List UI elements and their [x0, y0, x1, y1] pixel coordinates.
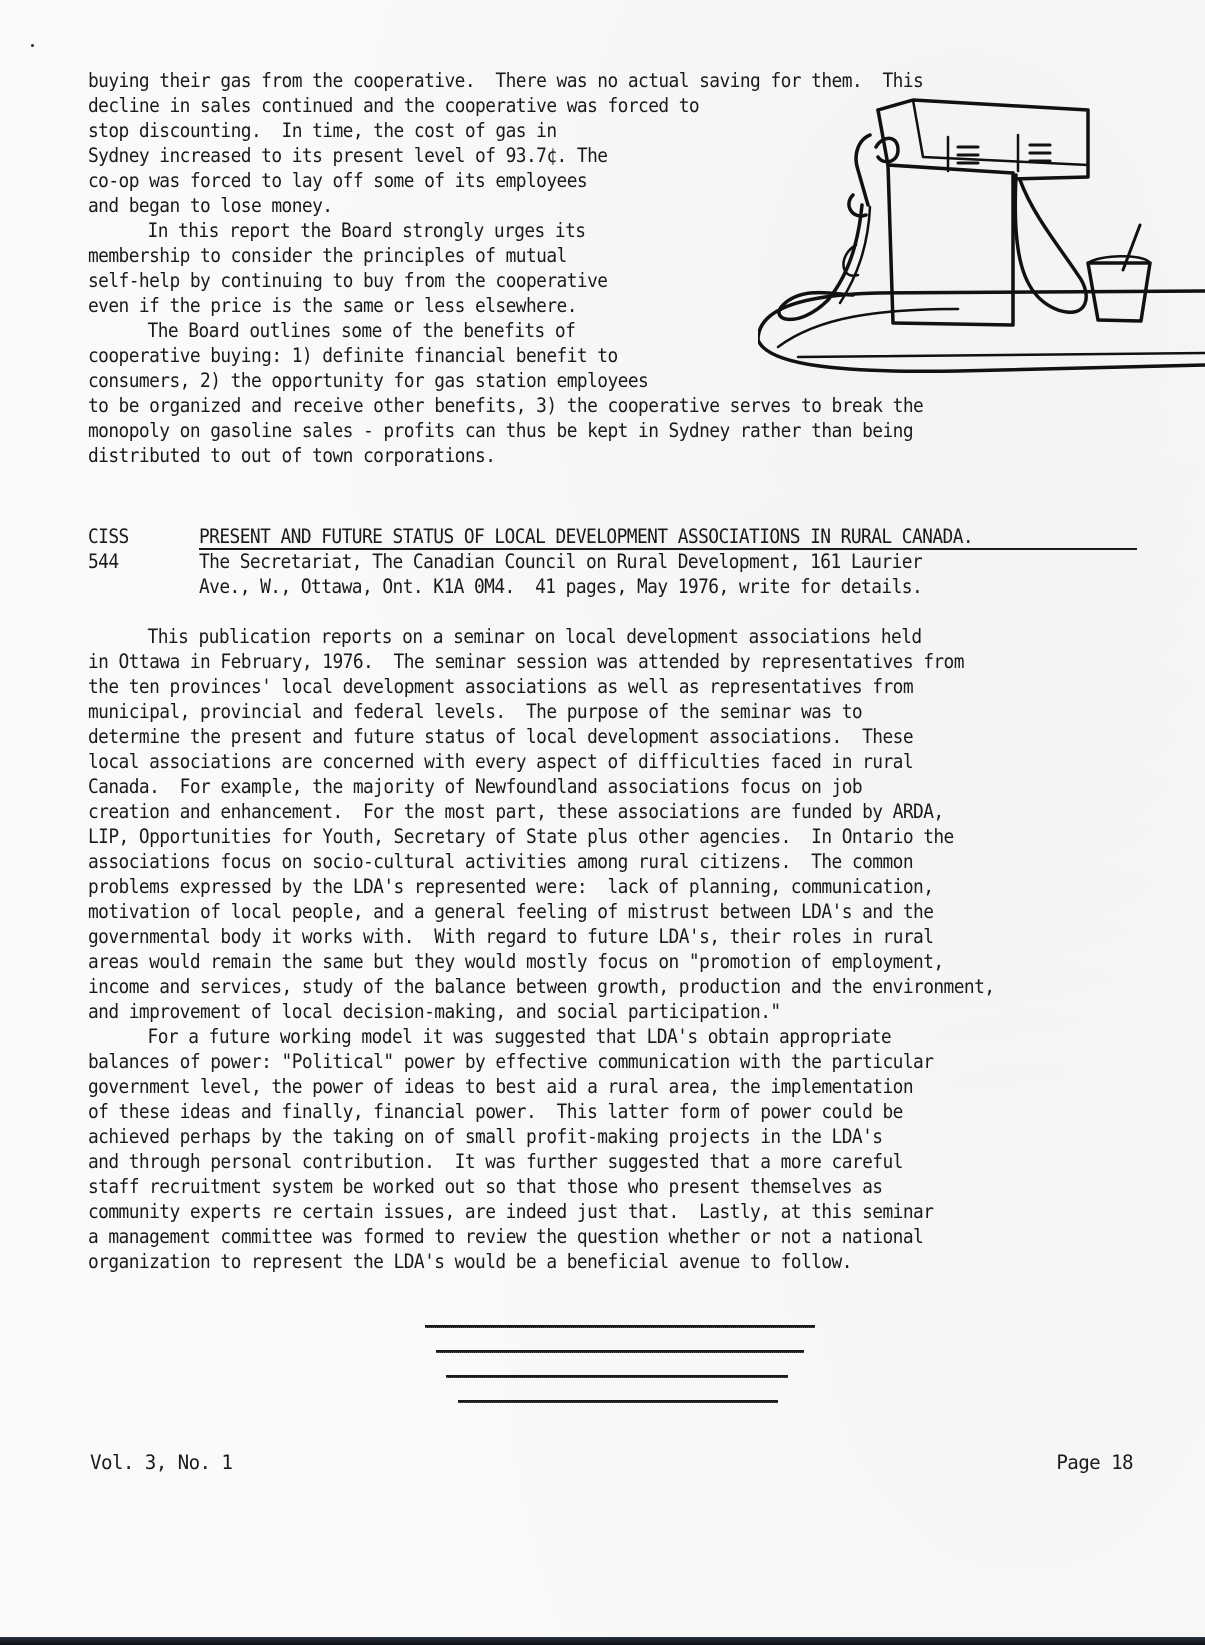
text-line: motivation of local people, and a genera… [88, 899, 933, 924]
text-line: achieved perhaps by the taking on of sma… [88, 1124, 882, 1149]
document-page: buying their gas from the cooperative. T… [0, 0, 1205, 1645]
text-line: consumers, 2) the opportunity for gas st… [88, 368, 648, 393]
text-line: government level, the power of ideas to … [88, 1074, 913, 1099]
text-line: self-help by continuing to buy from the … [88, 268, 607, 293]
text-line: the ten provinces' local development ass… [88, 674, 913, 699]
text-line: For a future working model it was sugges… [88, 1024, 891, 1049]
text-line: LIP, Opportunities for Youth, Secretary … [88, 824, 954, 849]
text-line: buying their gas from the cooperative. T… [88, 68, 923, 93]
text-line: balances of power: "Political" power by … [88, 1049, 933, 1074]
text-line: co-op was forced to lay off some of its … [88, 168, 587, 193]
section-divider [458, 1400, 778, 1403]
text-line: income and services, study of the balanc… [88, 974, 994, 999]
text-line: Sydney increased to its present level of… [88, 143, 607, 168]
text-line: Canada. For example, the majority of New… [88, 774, 862, 799]
text-line: and through personal contribution. It wa… [88, 1149, 903, 1174]
text-line: associations focus on socio-cultural act… [88, 849, 913, 874]
section-divider [425, 1325, 815, 1328]
text-line: municipal, provincial and federal levels… [88, 699, 862, 724]
text-line: distributed to out of town corporations. [88, 443, 495, 468]
text-line: a management committee was formed to rev… [88, 1224, 923, 1249]
gas-pump-illustration-icon [758, 95, 1205, 395]
text-line: in Ottawa in February, 1976. The seminar… [88, 649, 964, 674]
text-line: determine the present and future status … [88, 724, 913, 749]
scan-edge [0, 1637, 1205, 1645]
text-line: In this report the Board strongly urges … [88, 218, 585, 243]
section-divider [446, 1375, 788, 1378]
text-line: of these ideas and finally, financial po… [88, 1099, 903, 1124]
text-line: to be organized and receive other benefi… [88, 393, 923, 418]
text-line: membership to consider the principles of… [88, 243, 567, 268]
text-line: community experts re certain issues, are… [88, 1199, 933, 1224]
text-line: decline in sales continued and the coope… [88, 93, 699, 118]
text-line: areas would remain the same but they wou… [88, 949, 944, 974]
scan-speck [31, 44, 34, 47]
text-line: local associations are concerned with ev… [88, 749, 913, 774]
entry-title: PRESENT AND FUTURE STATUS OF LOCAL DEVEL… [199, 524, 973, 549]
section-divider [436, 1350, 804, 1353]
text-line: and began to lose money. [88, 193, 332, 218]
text-line: stop discounting. In time, the cost of g… [88, 118, 557, 143]
text-line: cooperative buying: 1) definite financia… [88, 343, 618, 368]
text-line: even if the price is the same or less el… [88, 293, 577, 318]
text-line: governmental body it works with. With re… [88, 924, 933, 949]
text-line: and improvement of local decision-making… [88, 999, 781, 1024]
text-line: staff recruitment system be worked out s… [88, 1174, 882, 1199]
text-line: creation and enhancement. For the most p… [88, 799, 944, 824]
page-number: Page 18 [1056, 1451, 1133, 1474]
entry-series-label: CISS [88, 524, 129, 549]
text-line: organization to represent the LDA's woul… [88, 1249, 852, 1274]
text-line: monopoly on gasoline sales - profits can… [88, 418, 913, 443]
text-line: problems expressed by the LDA's represen… [88, 874, 933, 899]
volume-label: Vol. 3, No. 1 [90, 1451, 232, 1474]
text-line: This publication reports on a seminar on… [88, 624, 922, 649]
citation-line: Ave., W., Ottawa, Ont. K1A 0M4. 41 pages… [199, 574, 922, 599]
text-line: The Board outlines some of the benefits … [88, 318, 575, 343]
citation-line: The Secretariat, The Canadian Council on… [199, 549, 922, 574]
entry-number-label: 544 [88, 549, 119, 574]
